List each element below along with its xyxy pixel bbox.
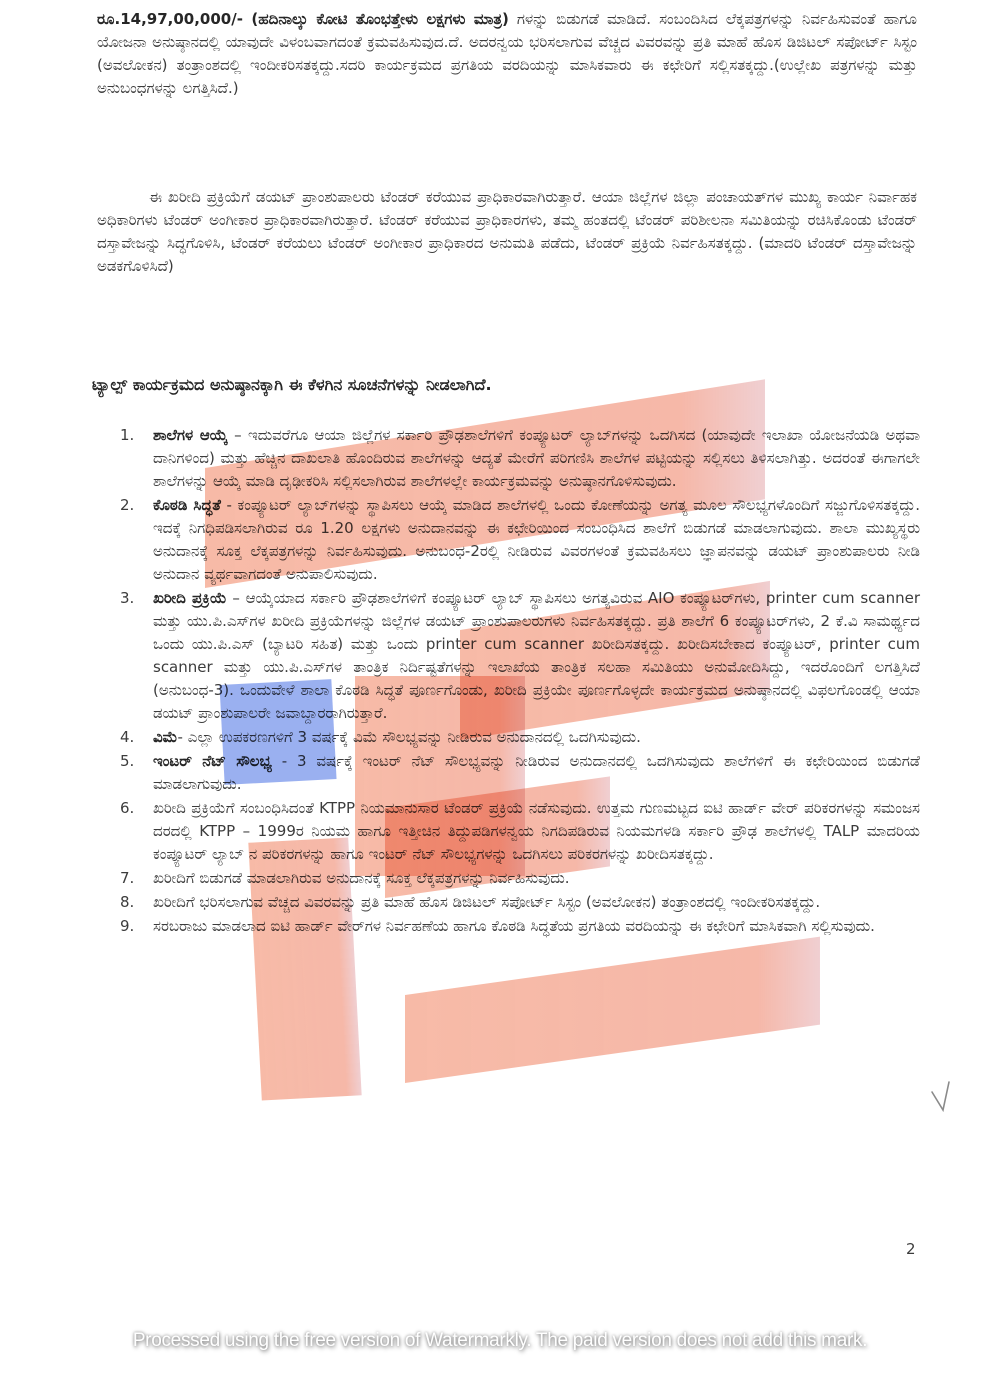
item-text: ಸರಬರಾಜು ಮಾಡಲಾದ ಐಟಿ ಹಾರ್ಡ್ ವೇರ್‌ಗಳ ನಿರ್ವಹ… <box>153 917 875 935</box>
item-title: ಶಾಲೆಗಳ ಆಯ್ಕೆ <box>153 426 228 444</box>
item-text: – ಇದುವರೆಗೂ ಆಯಾ ಜಿಲ್ಲೆಗಳ ಸರ್ಕಾರಿ ಪ್ರೌಢಶಾಲ… <box>153 426 920 490</box>
item-title: ಕೊಠಡಿ ಸಿದ್ಧತೆ <box>153 496 221 514</box>
list-item: 7.ಖರೀದಿಗೆ ಬಿಡುಗಡೆ ಮಾಡಲಾಗಿರುವ ಅನುದಾನಕ್ಕೆ … <box>120 867 920 890</box>
item-text: - ಎಲ್ಲಾ ಉಪಕರಣಗಳಿಗೆ 3 ವರ್ಷಕ್ಕೆ ವಿಮೆ ಸೌಲಭ್… <box>178 728 641 746</box>
handwritten-checkmark-icon <box>930 1080 952 1114</box>
item-title: ವಿಮೆ <box>153 728 178 746</box>
paragraph-release-amount: ರೂ.14,97,00,000/- (ಹದಿನಾಲ್ಕು ಕೋಟಿ ತೊಂಭತ್… <box>97 8 917 100</box>
paragraph-tender-process: ಈ ಖರೀದಿ ಪ್ರಕ್ರಿಯೆಗೆ ಡಯಟ್ ಪ್ರಾಂಶುಪಾಲರು ಟೆ… <box>97 186 917 278</box>
item-text: – ಆಯ್ಕೆಯಾದ ಸರ್ಕಾರಿ ಪ್ರೌಢಶಾಲೆಗಳಿಗೆ ಕಂಪ್ಯೂ… <box>153 589 920 722</box>
list-item: 6.ಖರೀದಿ ಪ್ರಕ್ರಿಯೆಗೆ ಸಂಬಂಧಿಸಿದಂತೆ KTPP ನಿ… <box>120 797 920 866</box>
item-number: 3. <box>120 587 134 610</box>
list-item: 5.ಇಂಟರ್ ನೆಟ್ ಸೌಲಭ್ಯ - 3 ವರ್ಷಕ್ಕೆ ಇಂಟರ್ ನ… <box>120 750 920 796</box>
instructions-heading: ಟ್ಯಾಲ್ಪ್ ಕಾರ್ಯಕ್ರಮದ ಅನುಷ್ಠಾನಕ್ಕಾಗಿ ಈ ಕೆಳ… <box>92 375 922 395</box>
item-number: 2. <box>120 494 134 517</box>
list-item: 4.ವಿಮೆ- ಎಲ್ಲಾ ಉಪಕರಣಗಳಿಗೆ 3 ವರ್ಷಕ್ಕೆ ವಿಮೆ… <box>120 726 920 749</box>
item-text: ಖರೀದಿಗೆ ಬಿಡುಗಡೆ ಮಾಡಲಾಗಿರುವ ಅನುದಾನಕ್ಕೆ ಸೂ… <box>153 869 570 887</box>
item-number: 5. <box>120 750 134 773</box>
item-number: 6. <box>120 797 134 820</box>
list-item: 2.ಕೊಠಡಿ ಸಿದ್ಧತೆ - ಕಂಪ್ಯೂಟರ್ ಲ್ಯಾಬ್‌ಗಳನ್ನ… <box>120 494 920 586</box>
item-number: 7. <box>120 867 134 890</box>
watermark-text: Processed using the free version of Wate… <box>0 1330 1000 1352</box>
item-text: ಖರೀದಿ ಪ್ರಕ್ರಿಯೆಗೆ ಸಂಬಂಧಿಸಿದಂತೆ KTPP ನಿಯಮ… <box>153 799 920 863</box>
highlight-overlay <box>405 937 820 1083</box>
amount-bold-lead: ರೂ.14,97,00,000/- (ಹದಿನಾಲ್ಕು ಕೋಟಿ ತೊಂಭತ್… <box>97 10 509 28</box>
item-title: ಖರೀದಿ ಪ್ರಕ್ರಿಯೆ <box>153 589 227 607</box>
list-item: 1.ಶಾಲೆಗಳ ಆಯ್ಕೆ – ಇದುವರೆಗೂ ಆಯಾ ಜಿಲ್ಲೆಗಳ ಸ… <box>120 424 920 493</box>
item-text: - ಕಂಪ್ಯೂಟರ್ ಲ್ಯಾಬ್‌ಗಳನ್ನು ಸ್ಥಾಪಿಸಲು ಆಯ್ಕ… <box>153 496 920 583</box>
instructions-list: 1.ಶಾಲೆಗಳ ಆಯ್ಕೆ – ಇದುವರೆಗೂ ಆಯಾ ಜಿಲ್ಲೆಗಳ ಸ… <box>120 424 920 939</box>
item-number: 8. <box>120 891 134 914</box>
item-number: 4. <box>120 726 134 749</box>
page-number: 2 <box>906 1240 916 1258</box>
item-number: 9. <box>120 915 134 938</box>
item-text: ಖರೀದಿಗೆ ಭರಿಸಲಾಗುವ ವೆಚ್ಚದ ವಿವರವನ್ನು ಪ್ರತಿ… <box>153 893 820 911</box>
list-item: 3.ಖರೀದಿ ಪ್ರಕ್ರಿಯೆ – ಆಯ್ಕೆಯಾದ ಸರ್ಕಾರಿ ಪ್ರ… <box>120 587 920 725</box>
document-page: ರೂ.14,97,00,000/- (ಹದಿನಾಲ್ಕು ಕೋಟಿ ತೊಂಭತ್… <box>0 0 1000 1379</box>
list-item: 9.ಸರಬರಾಜು ಮಾಡಲಾದ ಐಟಿ ಹಾರ್ಡ್ ವೇರ್‌ಗಳ ನಿರ್… <box>120 915 920 938</box>
list-item: 8.ಖರೀದಿಗೆ ಭರಿಸಲಾಗುವ ವೆಚ್ಚದ ವಿವರವನ್ನು ಪ್ರ… <box>120 891 920 914</box>
item-title: ಇಂಟರ್ ನೆಟ್ ಸೌಲಭ್ಯ <box>153 752 272 770</box>
item-number: 1. <box>120 424 134 447</box>
